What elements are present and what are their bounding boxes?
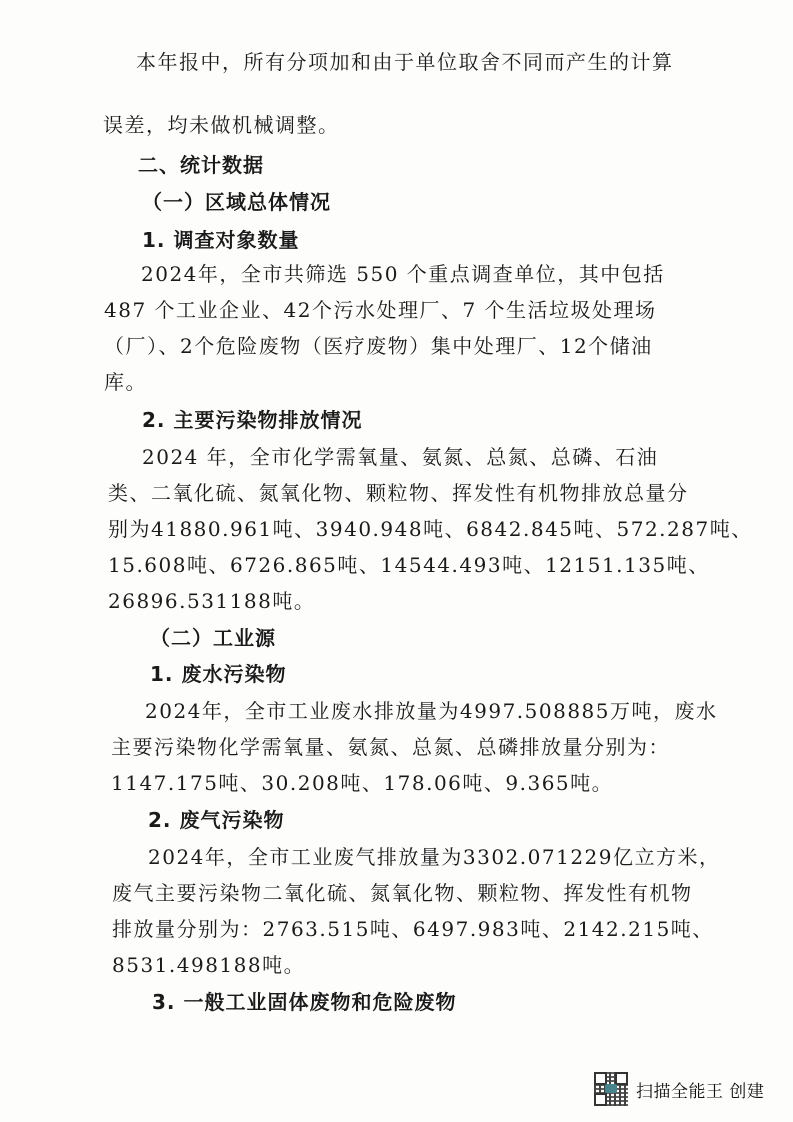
paragraph-line: 1147.175吨、30.208吨、178.06吨、9.365吨。: [111, 771, 613, 795]
paragraph-line: 2024年，全市工业废水排放量为4997.508885万吨，废水: [145, 699, 718, 723]
watermark-text: 扫描全能王 创建: [636, 1077, 764, 1102]
paragraph-line: 误差，均未做机械调整。: [103, 113, 340, 137]
paragraph-line: 2024年，全市共筛选 550 个重点调查单位，其中包括: [141, 262, 665, 286]
section-heading: （二）工业源: [150, 626, 276, 650]
section-heading: 2. 主要污染物排放情况: [142, 408, 362, 432]
scanner-watermark: 扫描全能王 创建: [594, 1072, 764, 1106]
paragraph-line: 26896.531188吨。: [108, 589, 315, 613]
paragraph-line: （厂）、2个危险废物（医疗废物）集中处理厂、12个储油: [104, 334, 653, 358]
section-heading: 1. 废水污染物: [150, 662, 286, 686]
paragraph-line: 库。: [104, 370, 147, 394]
document-page: 扫描全能王 创建 本年报中，所有分项加和由于单位取舍不同而产生的计算误差，均未做…: [0, 0, 793, 1122]
paragraph-line: 2024 年，全市化学需氧量、氨氮、总氮、总磷、石油: [142, 445, 658, 469]
section-heading: 2. 废气污染物: [148, 808, 284, 832]
paragraph-line: 2024年，全市工业废气排放量为3302.071229亿立方米，: [148, 845, 721, 869]
section-heading: （一）区域总体情况: [142, 190, 331, 214]
qr-code-icon: [594, 1072, 628, 1106]
paragraph-line: 15.608吨、6726.865吨、14544.493吨、12151.135吨、: [108, 553, 710, 577]
paragraph-line: 487 个工业企业、42个污水处理厂、7 个生活垃圾处理场: [104, 298, 657, 322]
section-heading: 二、统计数据: [138, 153, 264, 177]
section-heading: 3. 一般工业固体废物和危险废物: [152, 990, 456, 1014]
paragraph-line: 主要污染物化学需氧量、氨氮、总氮、总磷排放量分别为：: [111, 735, 670, 759]
paragraph-line: 类、二氧化硫、氮氧化物、颗粒物、挥发性有机物排放总量分: [108, 481, 689, 505]
paragraph-line: 排放量分别为：2763.515吨、6497.983吨、2142.215吨、: [112, 917, 714, 941]
paragraph-line: 8531.498188吨。: [112, 953, 305, 977]
paragraph-line: 废气主要污染物二氧化硫、氮氧化物、颗粒物、挥发性有机物: [112, 881, 693, 905]
paragraph-line: 别为41880.961吨、3940.948吨、6842.845吨、572.287…: [108, 517, 753, 541]
section-heading: 1. 调查对象数量: [142, 228, 299, 252]
paragraph-line: 本年报中，所有分项加和由于单位取舍不同而产生的计算: [136, 50, 674, 74]
